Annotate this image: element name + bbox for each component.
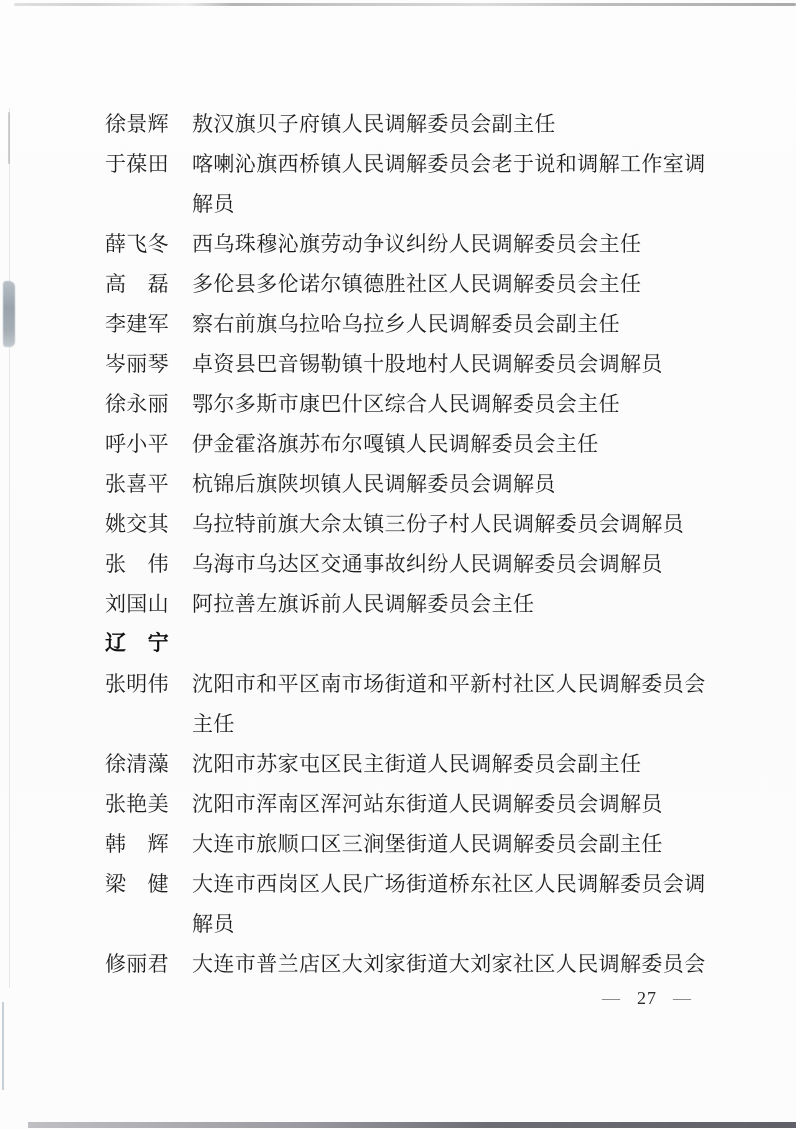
person-position: 大连市旅顺口区三涧堡街道人民调解委员会副主任 <box>192 824 708 864</box>
person-position: 乌海市乌达区交通事故纠纷人民调解委员会调解员 <box>192 544 708 584</box>
person-name: 徐景辉 <box>105 104 169 144</box>
person-name: 张 伟 <box>105 544 169 584</box>
scan-edge-left-bottom-line <box>2 1002 4 1090</box>
roster-entry: 徐永丽鄂尔多斯市康巴什区综合人民调解委员会主任 <box>105 384 711 424</box>
person-name: 姚交其 <box>105 504 169 544</box>
person-position: 沈阳市和平区南市场街道和平新村社区人民调解委员会主任 <box>192 664 708 744</box>
province-section-header: 辽 宁 <box>105 624 711 664</box>
person-name: 张明伟 <box>105 664 169 704</box>
person-position: 卓资县巴音锡勒镇十股地村人民调解委员会调解员 <box>192 344 708 384</box>
page-number-dash-right: — <box>673 988 692 1008</box>
person-name: 徐永丽 <box>105 384 169 424</box>
roster-entry: 张喜平杭锦后旗陕坝镇人民调解委员会调解员 <box>105 464 711 504</box>
roster-entry: 徐清藻沈阳市苏家屯区民主街道人民调解委员会副主任 <box>105 744 711 784</box>
roster-entry: 呼小平伊金霍洛旗苏布尔嘎镇人民调解委员会主任 <box>105 424 711 464</box>
person-position: 大连市普兰店区大刘家街道大刘家社区人民调解委员会 <box>192 944 708 984</box>
person-position: 喀喇沁旗西桥镇人民调解委员会老于说和调解工作室调解员 <box>192 144 708 224</box>
person-position: 敖汉旗贝子府镇人民调解委员会副主任 <box>192 104 708 144</box>
roster-entry: 高 磊多伦县多伦诺尔镇德胜社区人民调解委员会主任 <box>105 264 711 304</box>
scan-edge-bottom-line <box>28 1122 796 1128</box>
person-name: 刘国山 <box>105 584 169 624</box>
scan-edge-left-smudge <box>3 281 15 347</box>
roster-entry: 张艳美沈阳市浑南区浑河站东街道人民调解委员会调解员 <box>105 784 711 824</box>
roster-entry: 张明伟沈阳市和平区南市场街道和平新村社区人民调解委员会主任 <box>105 664 711 744</box>
person-name: 于葆田 <box>105 144 169 184</box>
person-position: 多伦县多伦诺尔镇德胜社区人民调解委员会主任 <box>192 264 708 304</box>
roster-entry: 李建军察右前旗乌拉哈乌拉乡人民调解委员会副主任 <box>105 304 711 344</box>
person-position: 沈阳市浑南区浑河站东街道人民调解委员会调解员 <box>192 784 708 824</box>
person-position: 大连市西岗区人民广场街道桥东社区人民调解委员会调解员 <box>192 864 708 944</box>
person-name: 呼小平 <box>105 424 169 464</box>
roster-entry: 张 伟乌海市乌达区交通事故纠纷人民调解委员会调解员 <box>105 544 711 584</box>
roster-entry: 姚交其乌拉特前旗大佘太镇三份子村人民调解委员会调解员 <box>105 504 711 544</box>
scanned-document-page: 徐景辉敖汉旗贝子府镇人民调解委员会副主任于葆田喀喇沁旗西桥镇人民调解委员会老于说… <box>0 0 796 1129</box>
person-position: 杭锦后旗陕坝镇人民调解委员会调解员 <box>192 464 708 504</box>
mediator-roster-list: 徐景辉敖汉旗贝子府镇人民调解委员会副主任于葆田喀喇沁旗西桥镇人民调解委员会老于说… <box>105 104 711 984</box>
person-position: 阿拉善左旗诉前人民调解委员会主任 <box>192 584 708 624</box>
roster-entry: 岑丽琴卓资县巴音锡勒镇十股地村人民调解委员会调解员 <box>105 344 711 384</box>
person-name: 梁 健 <box>105 864 169 904</box>
person-name: 薛飞冬 <box>105 224 169 264</box>
person-name: 岑丽琴 <box>105 344 169 384</box>
page-number-value: 27 <box>637 988 657 1008</box>
person-name: 张艳美 <box>105 784 169 824</box>
roster-entry: 刘国山阿拉善左旗诉前人民调解委员会主任 <box>105 584 711 624</box>
scan-edge-left-line <box>9 108 10 988</box>
person-name: 徐清藻 <box>105 744 169 784</box>
person-position: 西乌珠穆沁旗劳动争议纠纷人民调解委员会主任 <box>192 224 708 264</box>
roster-entry: 薛飞冬西乌珠穆沁旗劳动争议纠纷人民调解委员会主任 <box>105 224 711 264</box>
person-name: 修丽君 <box>105 944 169 984</box>
person-name: 张喜平 <box>105 464 169 504</box>
roster-entry: 徐景辉敖汉旗贝子府镇人民调解委员会副主任 <box>105 104 711 144</box>
person-name: 高 磊 <box>105 264 169 304</box>
scan-edge-left-tick <box>8 112 10 164</box>
person-name: 韩 辉 <box>105 824 169 864</box>
scan-edge-top-line <box>14 3 796 6</box>
person-name: 李建军 <box>105 304 169 344</box>
person-position: 察右前旗乌拉哈乌拉乡人民调解委员会副主任 <box>192 304 708 344</box>
person-position: 鄂尔多斯市康巴什区综合人民调解委员会主任 <box>192 384 708 424</box>
person-position: 乌拉特前旗大佘太镇三份子村人民调解委员会调解员 <box>192 504 708 544</box>
page-number: —27— <box>602 984 692 1012</box>
roster-entry: 于葆田喀喇沁旗西桥镇人民调解委员会老于说和调解工作室调解员 <box>105 144 711 224</box>
page-number-dash-left: — <box>602 988 621 1008</box>
person-position: 伊金霍洛旗苏布尔嘎镇人民调解委员会主任 <box>192 424 708 464</box>
roster-entry: 韩 辉大连市旅顺口区三涧堡街道人民调解委员会副主任 <box>105 824 711 864</box>
roster-entry: 梁 健大连市西岗区人民广场街道桥东社区人民调解委员会调解员 <box>105 864 711 944</box>
person-position: 沈阳市苏家屯区民主街道人民调解委员会副主任 <box>192 744 708 784</box>
roster-entry: 修丽君大连市普兰店区大刘家街道大刘家社区人民调解委员会 <box>105 944 711 984</box>
